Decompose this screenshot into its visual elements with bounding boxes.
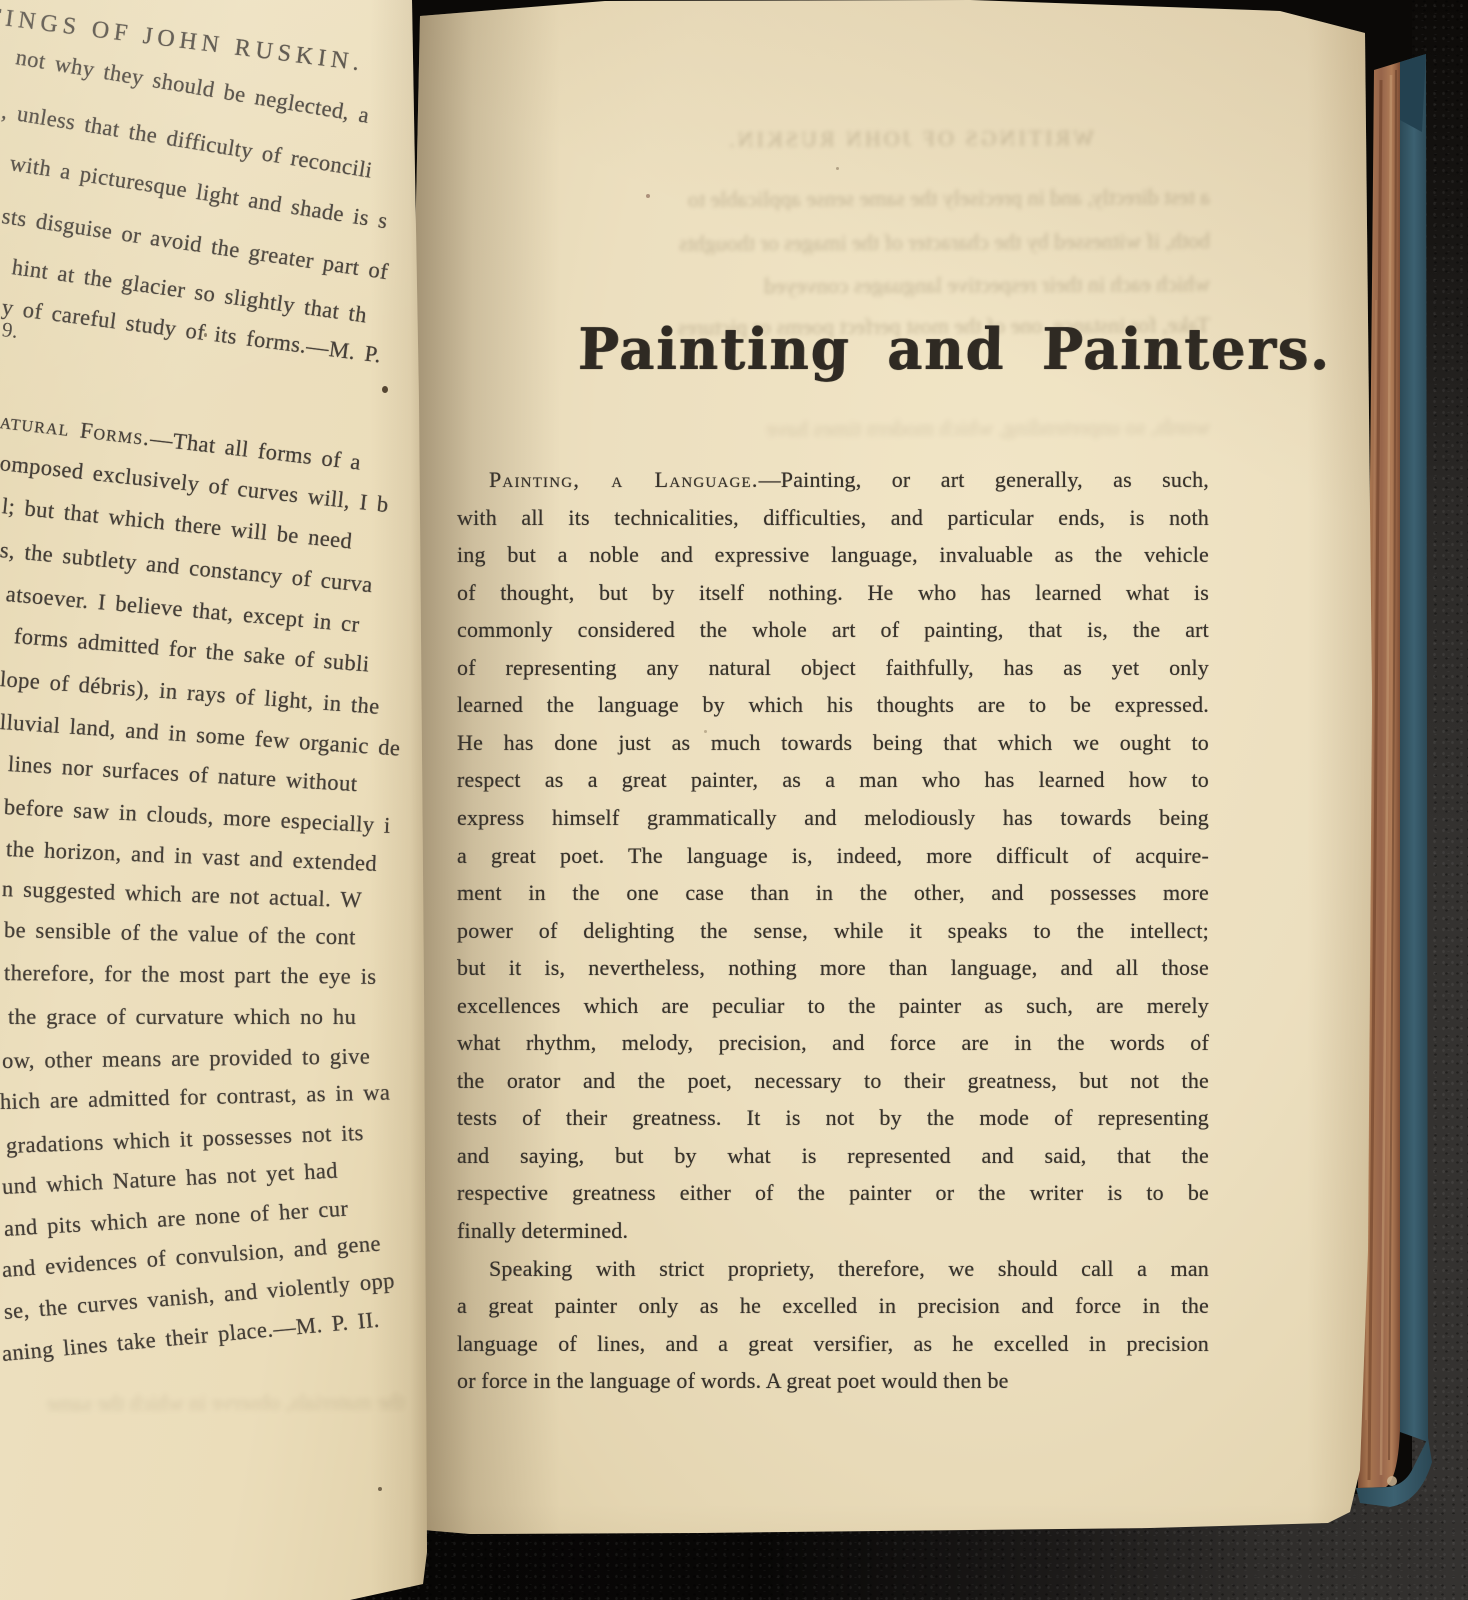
text-line: power of delighting the sense, while it … — [457, 917, 1209, 945]
text-line: learned the language by which his though… — [457, 691, 1209, 719]
chapter-title: Painting and Painters. — [578, 320, 1259, 377]
text-line: n suggested which are not actual. W — [2, 878, 363, 912]
text-line: but it is, nevertheless, nothing more th… — [457, 954, 1209, 982]
text-line: excellences which are peculiar to the pa… — [457, 992, 1209, 1020]
text-line: a great poet. The language is, indeed, m… — [457, 842, 1209, 870]
text-line: sts disguise or avoid the greater part o… — [0, 205, 389, 284]
ghost-show-through-line: both, if witnessed by the character of t… — [462, 230, 1210, 256]
text-line: Speaking with strict propriety, therefor… — [457, 1255, 1209, 1283]
text-line: ment in the one case than in the other, … — [457, 879, 1209, 907]
text-line: and evidences of convulsion, and gene — [1, 1233, 381, 1282]
text-line: not why they should be neglected, a — [14, 46, 371, 127]
paper-fleck — [378, 1487, 382, 1491]
text-line: what rhythm, melody, precision, and forc… — [457, 1029, 1209, 1057]
text-line: therefore, for the most part the eye is — [4, 962, 377, 988]
text-line: and pits which are none of her cur — [3, 1198, 349, 1241]
text-line: with a picturesque light and shade is s — [8, 152, 389, 233]
paper-fleck — [204, 333, 207, 337]
text-line: lluvial land, and in some few organic de — [0, 711, 401, 760]
text-line: l; but that which there will be need — [1, 495, 353, 553]
text-line: the orator and the poet, necessary to th… — [457, 1067, 1209, 1095]
book-right-page: WRITINGS OF JOHN RUSKIN. a test directly… — [410, 0, 1375, 1600]
paper-fleck — [704, 730, 707, 733]
fore-edge-fleck — [1387, 1476, 1397, 1486]
text-line: language of lines, and a great versifier… — [457, 1330, 1209, 1358]
text-line: of thought, but by itself nothing. He wh… — [457, 579, 1209, 607]
text-line: or force in the language of words. A gre… — [457, 1367, 1209, 1395]
text-line: atsoever. I believe that, except in cr — [5, 583, 360, 636]
text-line: finally determined. — [457, 1217, 1209, 1245]
text-line: tests of their greatness. It is not by t… — [457, 1104, 1209, 1132]
ghost-running-header: WRITINGS OF JOHN RUSKIN. — [690, 127, 1130, 151]
text-line: respective greatness either of the paint… — [457, 1179, 1209, 1207]
text-line: express himself grammatically and melodi… — [457, 804, 1209, 832]
small-caps-lead: Painting, a Language. — [489, 467, 759, 492]
text-line: gradations which it possesses not its — [6, 1122, 364, 1158]
text-line: atural Forms.—That all forms of a — [0, 410, 362, 474]
ghost-show-through-line: which each in their respective languages… — [462, 273, 1210, 299]
text-line: a great painter only as he excelled in p… — [457, 1292, 1209, 1320]
paper-fleck — [836, 167, 839, 170]
ghost-show-through-line: a test directly, and in precisely the sa… — [462, 186, 1210, 212]
text-line: commonly considered the whole art of pai… — [457, 616, 1209, 644]
text-line: Painting, a Language.—Painting, or art g… — [457, 466, 1209, 494]
text-line: hich are admitted for contrast, as in wa — [0, 1081, 391, 1113]
paper-fleck — [646, 194, 650, 198]
ghost-show-through-line: the materials, observe in which the same — [14, 1391, 404, 1415]
text-line: ow, other means are provided to give — [2, 1046, 370, 1073]
book-photo: WRITINGS OF JOHN RUSKIN. a test directly… — [0, 0, 1468, 1600]
text-line: lines nor surfaces of nature without — [7, 753, 358, 796]
book-left-page: TINGS OF JOHN RUSKIN. not why they shoul… — [0, 0, 432, 1600]
text-line: ing but a noble and expressive language,… — [457, 541, 1209, 569]
text-line: omposed exclusively of curves will, I b — [0, 452, 390, 517]
text-line: und which Nature has not yet had — [1, 1160, 338, 1199]
text-line: s, the subtlety and constancy of curva — [0, 539, 374, 597]
text-line: before saw in clouds, more especially i — [3, 796, 391, 837]
text-line: aning lines take their place.—M. P. II. — [1, 1309, 380, 1366]
book-cover-spine-strip — [1400, 54, 1428, 1442]
left-page-number: 9. — [1, 319, 19, 342]
text-line: lope of débris), in rays of light, in th… — [0, 668, 380, 718]
text-line: of representing any natural object faith… — [457, 654, 1209, 682]
text-line: forms admitted for the sake of subli — [13, 625, 370, 676]
small-caps-lead: atural Forms. — [0, 408, 152, 450]
text-line: hint at the glacier so slightly that th — [10, 256, 368, 327]
text-line: se, the curves vanish, and violently opp — [3, 1270, 395, 1324]
text-line: the horizon, and in vast and extended — [6, 838, 378, 875]
left-page-running-header: TINGS OF JOHN RUSKIN. — [0, 4, 366, 76]
paper-fleck — [382, 386, 388, 393]
text-line: , unless that the difficulty of reconcil… — [0, 100, 374, 182]
text-line: and saying, but by what is represented a… — [457, 1142, 1209, 1170]
text-line: y of careful study of its forms.—M. P. — [1, 296, 383, 367]
text-line: be sensible of the value of the cont — [4, 919, 356, 949]
text-line: with all its technicalities, difficultie… — [457, 504, 1209, 532]
text-line: respect as a great painter, as a man who… — [457, 766, 1209, 794]
ghost-show-through-line: words, so unpretending, which modern tim… — [462, 416, 1210, 442]
text-line: the grace of curvature which no hu — [8, 1006, 356, 1029]
text-line: He has done just as much towards being t… — [457, 729, 1209, 757]
